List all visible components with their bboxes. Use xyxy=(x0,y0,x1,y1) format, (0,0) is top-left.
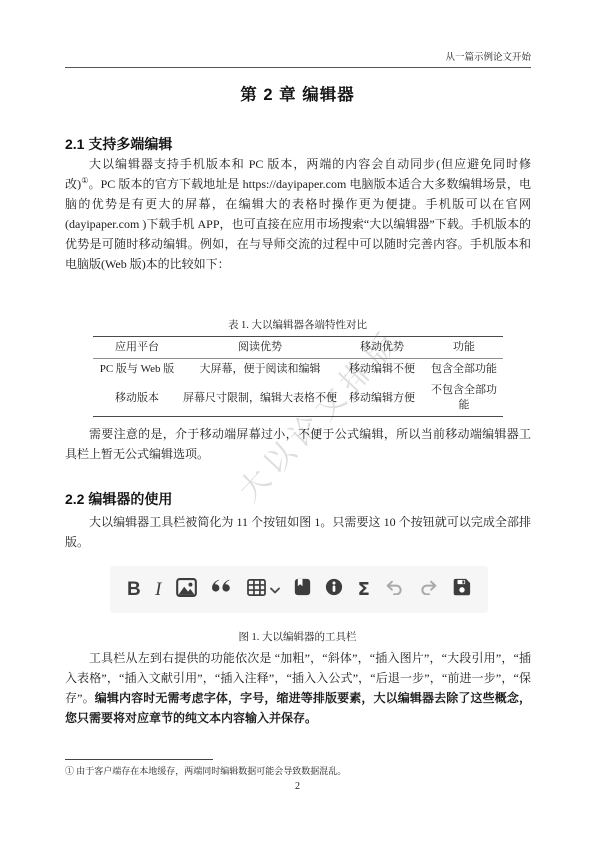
table-caption: 表 1. 大以编辑器各端特性对比 xyxy=(0,317,595,332)
footnote-marker: ① xyxy=(65,766,74,776)
insert-formula-button[interactable]: Σ xyxy=(358,579,370,600)
paragraph-toolbar-intro: 大以编辑器工具栏被简化为 11 个按钮如图 1。只需要这 10 个按钮就可以完成… xyxy=(65,512,531,552)
section-heading-2-1: 2.1 支持多端编辑 xyxy=(65,134,172,154)
cell-platform: PC 版与 Web 版 xyxy=(93,359,181,381)
cell-mobility: 移动编辑不便 xyxy=(339,359,425,381)
bold-button[interactable]: B xyxy=(127,579,141,601)
table-icon xyxy=(247,579,266,601)
footnote-rule xyxy=(65,759,213,760)
insert-image-button[interactable] xyxy=(176,578,197,602)
cell-features: 不包含全部功能 xyxy=(425,380,503,417)
table-row: 移动版本 屏幕尺寸限制，编辑大表格不便 移动编辑方便 不包含全部功能 xyxy=(93,380,503,417)
footnote-marker-sup: ① xyxy=(81,176,88,185)
chevron-down-icon xyxy=(270,581,280,599)
comparison-table: 应用平台 阅读优势 移动优势 功能 PC 版与 Web 版 大屏幕，便于阅读和编… xyxy=(93,336,503,417)
bold-icon: B xyxy=(127,579,141,601)
cell-reading: 大屏幕，便于阅读和编辑 xyxy=(181,359,339,381)
col-header-features: 功能 xyxy=(425,337,503,359)
paragraph-multi-device: 大以编辑器支持手机版本和 PC 版本，两端的内容会自动同步(但应避免同时修改)①… xyxy=(65,154,531,274)
running-head: 从一篇示例论文开始 xyxy=(65,52,531,68)
insert-note-button[interactable] xyxy=(325,578,343,601)
download-url-link[interactable]: https://dayipaper.com xyxy=(243,177,347,191)
col-header-reading: 阅读优势 xyxy=(181,337,339,359)
footnote: ① 由于客户端存在本地缓存，两端同时编辑数据可能会导致数据混乱。 xyxy=(65,765,531,778)
cell-reading: 屏幕尺寸限制，编辑大表格不便 xyxy=(181,380,339,417)
section-heading-2-2: 2.2 编辑器的使用 xyxy=(65,489,172,509)
italic-icon: I xyxy=(155,579,161,601)
sigma-icon: Σ xyxy=(358,579,370,600)
document-page: 大以论文排版 从一篇示例论文开始 第 2 章 编辑器 2.1 支持多端编辑 大以… xyxy=(0,0,595,842)
save-icon xyxy=(453,578,471,601)
undo-button[interactable] xyxy=(384,580,404,600)
paragraph-bold-text: 编辑内容时无需考虑字体，字号，缩进等排版要素，大以编辑器去除了这些概念，您只需要… xyxy=(65,691,531,725)
blockquote-button[interactable] xyxy=(211,579,232,600)
cell-mobility: 移动编辑方便 xyxy=(339,380,425,417)
col-header-platform: 应用平台 xyxy=(93,337,181,359)
col-header-mobility: 移动优势 xyxy=(339,337,425,359)
insert-citation-button[interactable] xyxy=(294,578,311,601)
paragraph-text: 。PC 版本的官方下载地址是 xyxy=(89,177,243,191)
table-row: PC 版与 Web 版 大屏幕，便于阅读和编辑 移动编辑不便 包含全部功能 xyxy=(93,359,503,381)
redo-icon xyxy=(419,580,439,600)
paragraph-formula-note: 需要注意的是，介于移动端屏幕过小，不便于公式编辑，所以当前移动端编辑器工具栏上暂… xyxy=(65,424,531,464)
page-number: 2 xyxy=(0,781,595,792)
chapter-title: 第 2 章 编辑器 xyxy=(0,81,595,105)
paragraph-toolbar-functions: 工具栏从左到右提供的功能依次是 “加粗”，“斜体”，“插入图片”，“大段引用”，… xyxy=(65,648,531,728)
redo-button[interactable] xyxy=(419,580,439,600)
figure-caption: 图 1. 大以编辑器的工具栏 xyxy=(0,629,595,644)
cell-platform: 移动版本 xyxy=(93,380,181,417)
italic-button[interactable]: I xyxy=(155,579,161,601)
image-icon xyxy=(176,578,197,602)
insert-table-button[interactable] xyxy=(247,579,280,601)
save-button[interactable] xyxy=(453,578,471,601)
cell-features: 包含全部功能 xyxy=(425,359,503,381)
citation-icon xyxy=(294,578,311,601)
table-header-row: 应用平台 阅读优势 移动优势 功能 xyxy=(93,337,503,359)
quote-icon xyxy=(211,579,232,600)
paragraph-text: 电脑版本适合大多数编辑场景，电脑的优势是有更大的屏幕，在编辑大的表格时操作更为便… xyxy=(65,177,531,271)
info-icon xyxy=(325,578,343,601)
editor-toolbar-figure: B I Σ xyxy=(110,566,488,613)
running-head-title: 从一篇示例论文开始 xyxy=(445,53,531,63)
undo-icon xyxy=(384,580,404,600)
footnote-text: 由于客户端存在本地缓存，两端同时编辑数据可能会导致数据混乱。 xyxy=(76,766,346,776)
